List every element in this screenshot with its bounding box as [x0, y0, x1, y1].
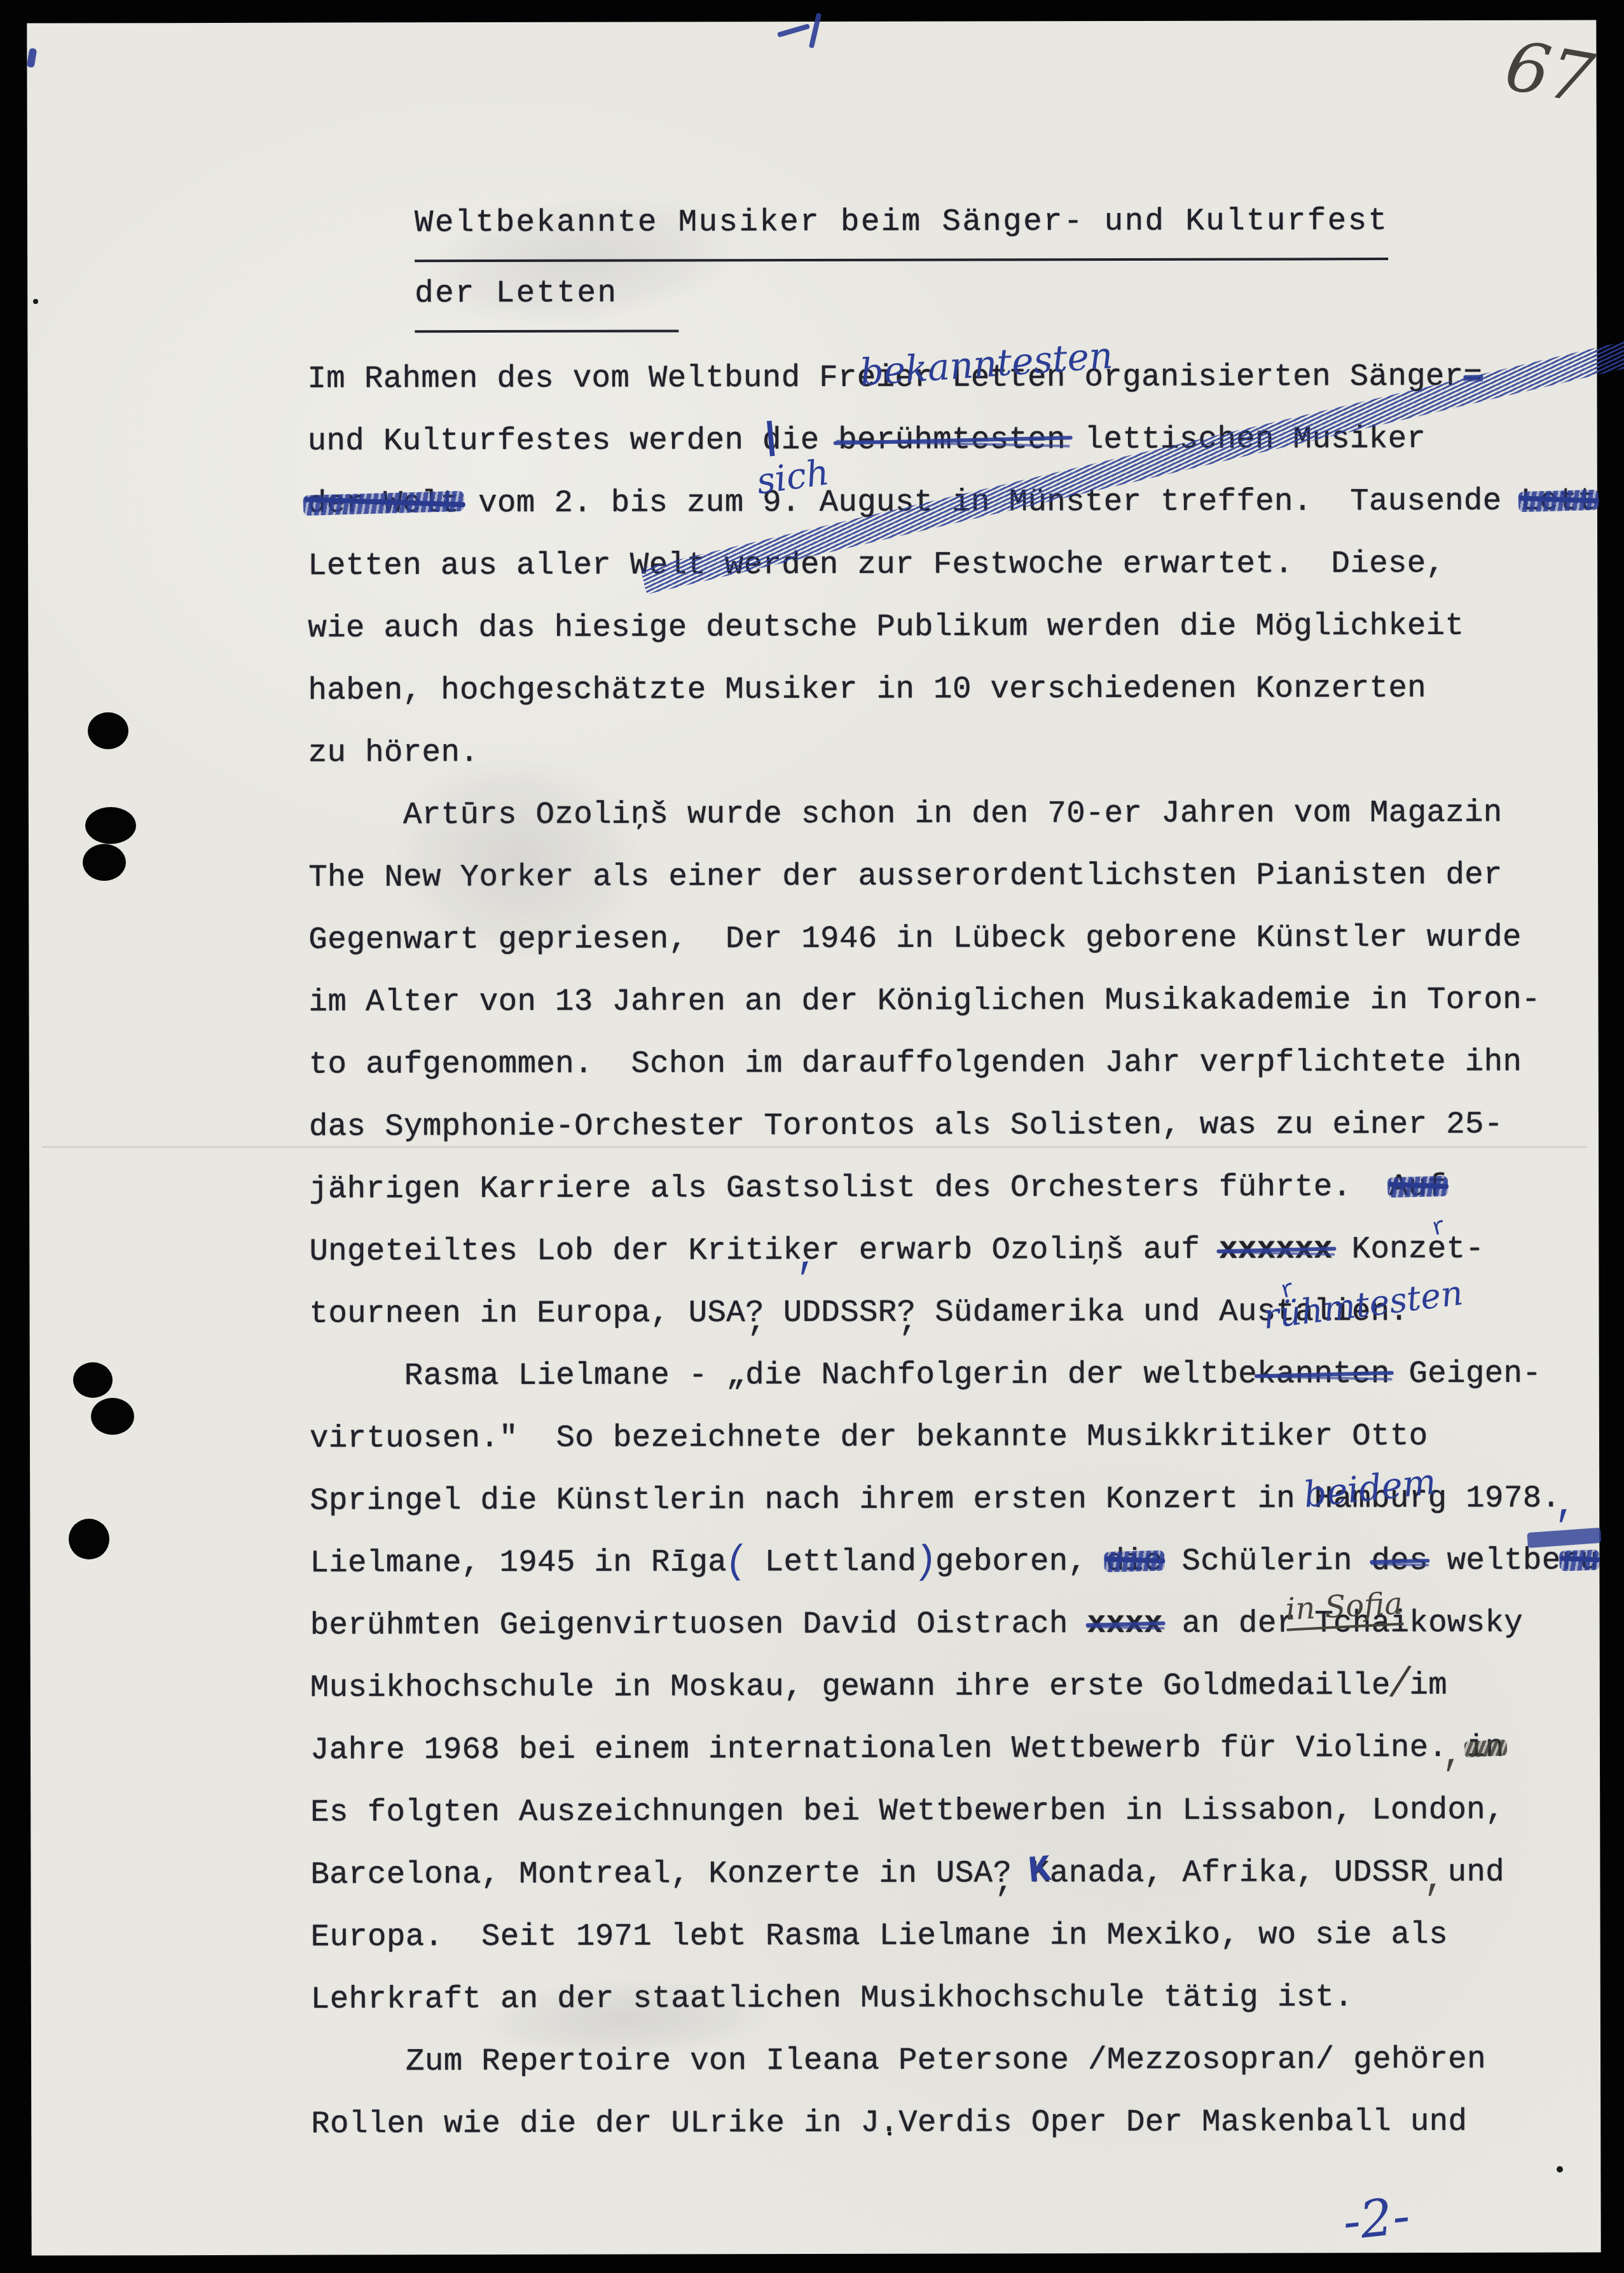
typed-text: Konze — [1333, 1231, 1447, 1267]
title-line-1: Weltbekannte Musiker beim Sänger- und Ku… — [415, 190, 1389, 262]
typed-line: Lehrkraft an der staatlichen Musikhochsc… — [311, 1965, 1600, 2030]
punch-hole — [69, 1519, 109, 1559]
typed-text: zu hören. — [308, 735, 479, 771]
typed-line: The New Yorker als einer der ausserorden… — [308, 843, 1597, 908]
typed-text: Lielmane, 1945 in Rīga — [310, 1544, 727, 1580]
typed-line: to aufgenommen. Schon im darauffolgenden… — [309, 1030, 1598, 1095]
dust-speck — [1557, 2166, 1563, 2173]
typed-text: tourneen in Europa, USA? — [310, 1295, 764, 1331]
correction-xpen: xxxx — [1087, 1606, 1163, 1641]
typed-line: jährigen Karriere als Gastsolist des Orc… — [309, 1155, 1598, 1220]
typed-line: Letten aus aller Welt werden zur Festwoc… — [308, 532, 1597, 597]
correction-pen-blob: ru — [1561, 1542, 1599, 1578]
correction-pen-strike: kannten — [1257, 1356, 1390, 1392]
typed-text: Zum Repertoire von Ileana Petersone /Mez… — [311, 2042, 1486, 2080]
typed-line: Musikhochschule in Moskau, gewann ihre e… — [310, 1654, 1599, 1718]
typed-text: t- — [1447, 1231, 1485, 1267]
typed-line: virtuosen." So bezeichnete der bekannte … — [310, 1404, 1599, 1469]
typed-text: er erwarb Ozoliņš auf — [802, 1232, 1219, 1268]
typed-text: Artūrs Ozoliņš wurde schon in den 70-er … — [308, 795, 1503, 833]
typed-line: zu hören. — [308, 719, 1597, 784]
scanned-document-page: Weltbekannte Musiker beim Sänger- und Ku… — [0, 0, 1624, 2273]
typed-text: haben, hochgeschätzte Musiker in 10 vers… — [308, 670, 1426, 708]
correction-dark-strike: in — [1466, 1730, 1504, 1765]
correction-hw-cell: ( — [720, 1522, 753, 1602]
typed-text: Ungeteiltes Lob der Kritik — [309, 1233, 802, 1269]
title-line-2: der Letten — [415, 261, 678, 333]
correction-pen-blob: die — [1106, 1544, 1163, 1579]
typed-body-text: Im Rahmen des vom Weltbund Freier Letten… — [307, 345, 1600, 2155]
dust-speck — [888, 2132, 891, 2136]
typed-text: to aufgenommen. Schon im darauffolgenden… — [309, 1044, 1522, 1082]
punch-hole — [91, 1398, 134, 1435]
typed-line: Rollen wie die der ULrike in J.Verdis Op… — [311, 2090, 1600, 2155]
typed-line: Gegenwart gepriesen, Der 1946 in Lübeck … — [308, 906, 1597, 971]
typed-line: Barcelona, Montreal, Konzerte in USA?, K… — [310, 1841, 1599, 1905]
handwritten-correction-in-sofia: in Sofia — [1285, 1586, 1404, 1631]
typed-line: haben, hochgeschätzte Musiker in 10 vers… — [308, 656, 1597, 721]
dust-speck — [33, 299, 38, 304]
typed-text: und Kulturfestes werden — [308, 422, 762, 459]
typed-text: jährigen Karriere als Gastsolist des Orc… — [309, 1169, 1389, 1207]
typed-line: Es folgten Auszeichnungen bei Wettbewerb… — [310, 1778, 1599, 1843]
typed-text: The New Yorker als einer der ausserorden… — [308, 857, 1503, 895]
typed-text: Gegenwart gepriesen, Der 1946 in Lübeck … — [308, 920, 1522, 958]
typed-text: geboren, — [935, 1544, 1106, 1580]
typed-text: UDDSSR? — [764, 1295, 916, 1330]
typed-text: Geigen- — [1390, 1356, 1542, 1392]
correction-xpen: xxxxxx — [1219, 1231, 1333, 1267]
typed-text: wie auch das hiesige deutsche Publikum w… — [308, 608, 1464, 646]
punch-hole — [88, 712, 128, 749]
correction-pen-blob: Lett — [1520, 483, 1596, 518]
typed-line: Ungeteiltes Lob der Kritik,er erwarb Ozo… — [309, 1217, 1598, 1282]
typed-text: Lehrkraft an der staatlichen Musikhochsc… — [311, 1979, 1353, 2017]
typed-text: Rasma Lielmane - „die Nachfolgerin der w… — [310, 1357, 1257, 1394]
typed-line: das Symphonie-Orchester Torontos als Sol… — [309, 1093, 1598, 1157]
typed-text: Europa. Seit 1971 lebt Rasma Lielmane in… — [311, 1917, 1448, 1955]
correction-pen-blob: der Welt — [308, 485, 460, 521]
correction-hw-cell: ) — [909, 1522, 942, 1602]
typed-line: Jahre 1968 bei einem internationalen Wet… — [310, 1716, 1599, 1781]
typed-text: Letten aus aller Welt werden zur Festwoc… — [308, 546, 1445, 584]
document-title: Weltbekannte Musiker beim Sänger- und Ku… — [415, 190, 1389, 333]
punch-hole — [83, 844, 126, 881]
typed-text: Es folgten Auszeichnungen bei Wettbewerb… — [310, 1792, 1504, 1830]
page-number-pencil: 67 — [1499, 26, 1599, 120]
paper-sheet: Weltbekannte Musiker beim Sänger- und Ku… — [27, 20, 1600, 2255]
correction-pen-blob: Auf — [1389, 1169, 1447, 1205]
typed-text: Rollen wie die der ULrike in J.Verdis Op… — [311, 2104, 1467, 2142]
typed-text: Südamerika und Aust — [916, 1294, 1295, 1330]
typed-text: Kanada, Afrika, UDSSR — [1031, 1855, 1429, 1891]
typed-text: berühmten Geigenvirtuosen David Oistrach — [310, 1606, 1087, 1643]
typed-line: im Alter von 13 Jahren an der Königliche… — [308, 968, 1597, 1033]
correction-pen-strike: des — [1371, 1543, 1428, 1579]
typed-text: virtuosen." So bezeichnete der bekannte … — [310, 1418, 1428, 1456]
typed-text: weltbe — [1428, 1543, 1561, 1579]
punch-hole — [85, 807, 136, 844]
typed-text: Schülerin — [1163, 1543, 1372, 1579]
typed-text: im — [1409, 1668, 1447, 1703]
typed-text: Barcelona, Montreal, Konzerte in USA? — [310, 1855, 1012, 1892]
typed-text: Musikhochschule in Moskau, gewann ihre e… — [310, 1668, 1391, 1706]
typed-line: Rasma Lielmane - „die Nachfolgerin der w… — [310, 1342, 1599, 1407]
typed-line: Lielmane, 1945 in Rīga( Lettland)geboren… — [310, 1529, 1599, 1594]
typed-line: wie auch das hiesige deutsche Publikum w… — [308, 594, 1597, 659]
punch-hole — [73, 1362, 113, 1398]
typed-text: das Symphonie-Orchester Torontos als Sol… — [309, 1107, 1503, 1145]
page-number-bottom: -2- — [1340, 2186, 1412, 2251]
typed-line: Zum Repertoire von Ileana Petersone /Mez… — [311, 2028, 1600, 2092]
typed-line: Artūrs Ozoliņš wurde schon in den 70-er … — [308, 781, 1597, 846]
typed-text: Lettland — [746, 1544, 916, 1580]
typed-text: Jahre 1968 bei einem internationalen Wet… — [310, 1730, 1447, 1768]
typed-line: Europa. Seit 1971 lebt Rasma Lielmane in… — [311, 1903, 1600, 1968]
typed-text: im Alter von 13 Jahren an der Königliche… — [308, 982, 1540, 1020]
